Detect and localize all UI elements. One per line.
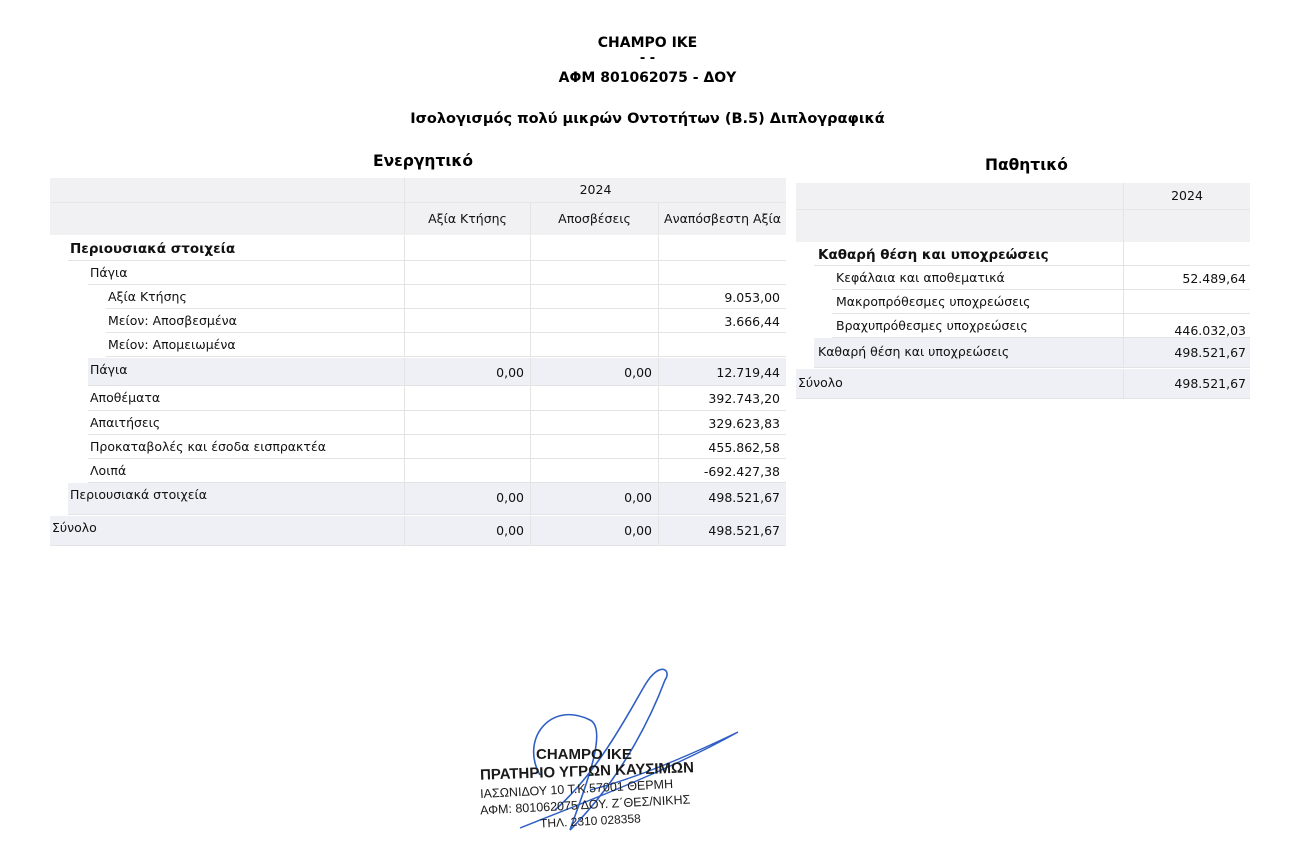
cell-c3: 329.623,83 <box>708 418 780 431</box>
column-header-net-value: Αναπόσβεστη Αξία <box>659 213 786 226</box>
assets-table-row: Απαιτήσεις329.623,83 <box>88 411 786 435</box>
liabilities-table: 2024 Καθαρή θέση και υποχρεώσειςΚεφάλαια… <box>796 183 1250 399</box>
header-dash: - - <box>0 51 1295 66</box>
tax-id-line: ΑΦΜ 801062075 - ΔΟΥ <box>0 70 1295 86</box>
assets-table-row: Περιουσιακά στοιχεία0,000,00498.521,67 <box>68 483 786 515</box>
assets-table: 2024 Αξία Κτήσης Αποσβέσεις Αναπόσβεστη … <box>50 178 786 546</box>
assets-table-row: Μείον: Απομειωμένα <box>106 333 786 357</box>
liabilities-year-header: 2024 <box>1124 190 1250 203</box>
row-label: Πάγια <box>90 267 128 280</box>
cell-c3: 12.719,44 <box>716 367 780 380</box>
row-label: Περιουσιακά στοιχεία <box>70 243 235 257</box>
assets-table-row: Περιουσιακά στοιχεία <box>68 236 786 261</box>
row-label: Αποθέματα <box>90 392 160 405</box>
cell-c1: 0,00 <box>496 525 524 538</box>
cell-value: 52.489,64 <box>1182 273 1246 286</box>
cell-c1: 0,00 <box>496 492 524 505</box>
assets-section-title: Ενεργητικό <box>373 152 473 170</box>
row-label: Περιουσιακά στοιχεία <box>70 489 207 502</box>
row-label: Αξία Κτήσης <box>108 291 187 304</box>
cell-c2: 0,00 <box>624 525 652 538</box>
cell-c3: 392.743,20 <box>708 393 780 406</box>
report-title: Ισολογισμός πολύ μικρών Οντοτήτων (Β.5) … <box>0 111 1295 127</box>
liabilities-table-row: Σύνολο498.521,67 <box>796 369 1250 399</box>
liabilities-table-row: Καθαρή θέση και υποχρεώσεις <box>814 241 1250 266</box>
row-label: Πάγια <box>90 364 128 377</box>
cell-value: 446.032,03 <box>1174 325 1246 338</box>
row-label: Προκαταβολές και έσοδα εισπρακτέα <box>90 441 326 454</box>
cell-value: 498.521,67 <box>1174 378 1246 391</box>
column-header-acquisition-value: Αξία Κτήσης <box>405 213 530 226</box>
cell-c3: 9.053,00 <box>724 292 780 305</box>
assets-table-row: Σύνολο0,000,00498.521,67 <box>50 516 786 546</box>
cell-c1: 0,00 <box>496 367 524 380</box>
liabilities-table-row: Βραχυπρόθεσμες υποχρεώσεις446.032,03 <box>832 314 1250 338</box>
row-label: Μείον: Απομειωμένα <box>108 339 236 352</box>
row-label: Σύνολο <box>52 522 97 535</box>
assets-table-row: Λοιπά-692.427,38 <box>88 459 786 483</box>
liabilities-blank-header-row <box>796 209 1250 242</box>
row-label: Σύνολο <box>798 377 843 390</box>
assets-table-row: Πάγια0,000,0012.719,44 <box>88 358 786 386</box>
row-label: Καθαρή θέση και υποχρεώσεις <box>818 346 1009 359</box>
cell-c2: 0,00 <box>624 367 652 380</box>
cell-c3: -692.427,38 <box>704 466 780 479</box>
liabilities-table-row: Κεφάλαια και αποθεματικά52.489,64 <box>832 266 1250 290</box>
assets-column-header-row: Αξία Κτήσης Αποσβέσεις Αναπόσβεστη Αξία <box>50 202 786 235</box>
liabilities-year-header-row: 2024 <box>796 183 1250 209</box>
row-label: Μακροπρόθεσμες υποχρεώσεις <box>836 296 1030 309</box>
cell-c3: 498.521,67 <box>708 492 780 505</box>
cell-value: 498.521,67 <box>1174 347 1246 360</box>
liabilities-section-title: Παθητικό <box>985 156 1068 174</box>
company-stamp: CHAMPO IKE ΠΡΑΤΗΡΙΟ ΥΓΡΩΝ ΚΑΥΣΙΜΩΝ ΙΑΣΩΝ… <box>480 660 780 860</box>
row-label: Καθαρή θέση και υποχρεώσεις <box>818 249 1049 263</box>
row-label: Κεφάλαια και αποθεματικά <box>836 272 1005 285</box>
stamp-line-company: CHAMPO IKE <box>536 746 632 763</box>
cell-c3: 498.521,67 <box>708 525 780 538</box>
assets-year-header-row: 2024 <box>50 178 786 202</box>
company-name: CHAMPO IKE <box>0 35 1295 51</box>
liabilities-table-row: Μακροπρόθεσμες υποχρεώσεις <box>832 290 1250 314</box>
assets-table-row: Πάγια <box>88 261 786 285</box>
cell-c3: 455.862,58 <box>708 442 780 455</box>
row-label: Μείον: Αποσβεσμένα <box>108 315 237 328</box>
cell-c2: 0,00 <box>624 492 652 505</box>
assets-table-row: Αξία Κτήσης9.053,00 <box>106 285 786 309</box>
assets-table-row: Μείον: Αποσβεσμένα3.666,44 <box>106 309 786 333</box>
assets-table-row: Αποθέματα392.743,20 <box>88 386 786 411</box>
cell-c3: 3.666,44 <box>724 316 780 329</box>
row-label: Απαιτήσεις <box>90 417 160 430</box>
liabilities-table-row: Καθαρή θέση και υποχρεώσεις498.521,67 <box>814 338 1250 368</box>
assets-year-header: 2024 <box>405 184 786 197</box>
assets-table-row: Προκαταβολές και έσοδα εισπρακτέα455.862… <box>88 435 786 459</box>
column-header-depreciation: Αποσβέσεις <box>531 213 658 226</box>
row-label: Λοιπά <box>90 465 126 478</box>
row-label: Βραχυπρόθεσμες υποχρεώσεις <box>836 320 1028 333</box>
